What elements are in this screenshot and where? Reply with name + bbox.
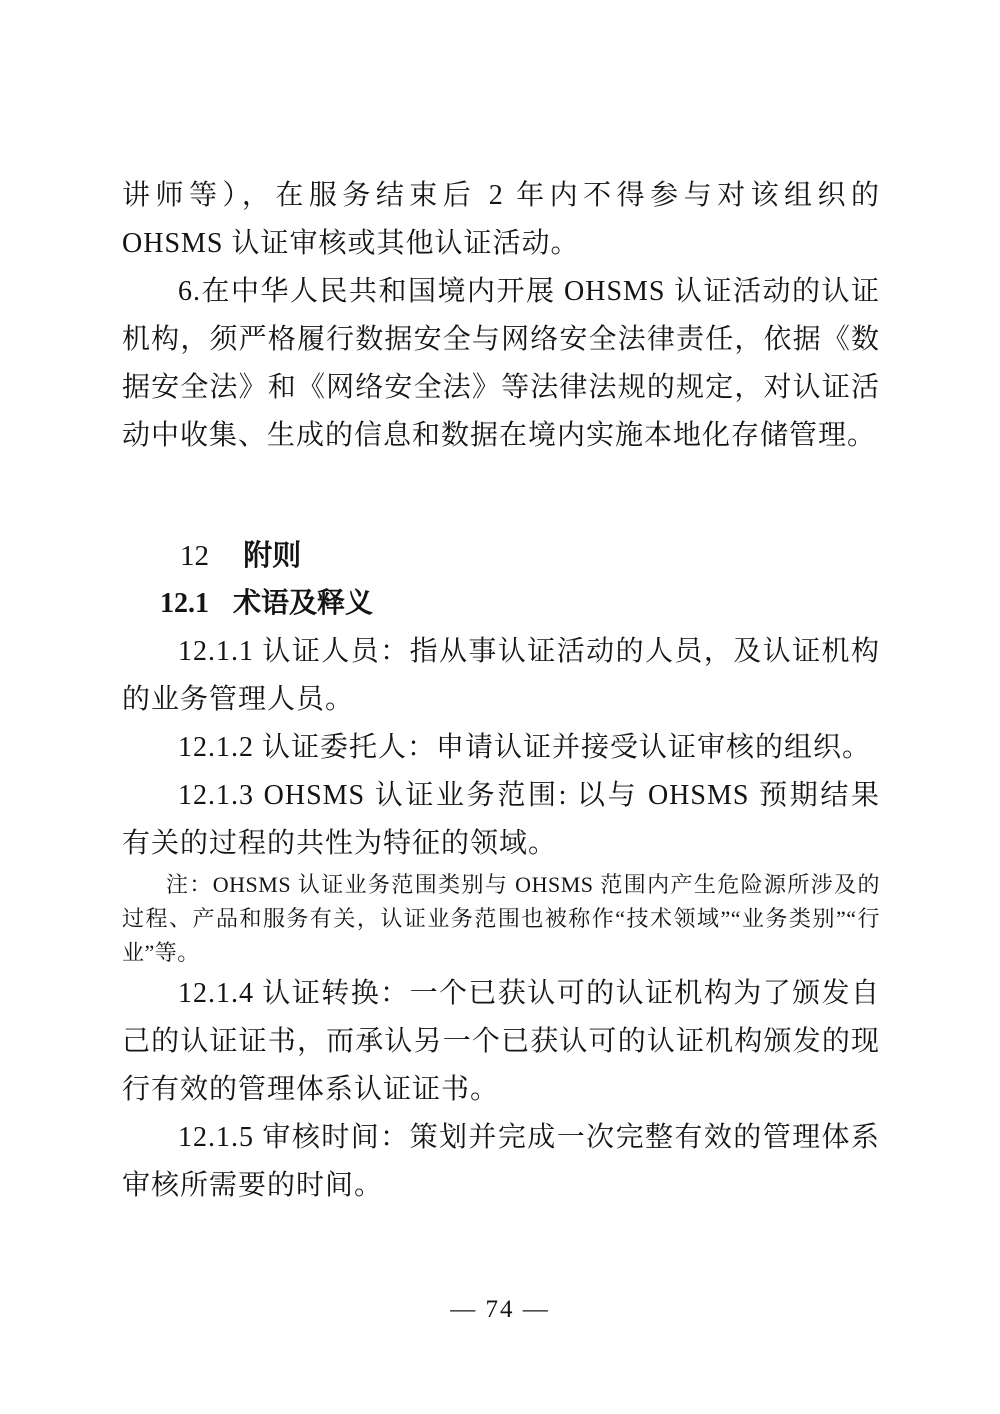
subsection-heading-12-1: 12.1 术语及释义 <box>122 580 880 628</box>
page-content: 讲师等），在服务结束后 2 年内不得参与对该组织的 OHSMS 认证审核或其他认… <box>122 172 880 1210</box>
subsection-number: 12.1 <box>160 588 209 619</box>
paragraph-continuation: 讲师等），在服务结束后 2 年内不得参与对该组织的 OHSMS 认证审核或其他认… <box>122 172 880 268</box>
page-number: — 74 — <box>0 1294 1000 1326</box>
term-12-1-2: 12.1.2 认证委托人：申请认证并接受认证审核的组织。 <box>122 724 880 772</box>
document-page: 讲师等），在服务结束后 2 年内不得参与对该组织的 OHSMS 认证审核或其他认… <box>0 0 1000 1414</box>
section-heading-12: 12 附则 <box>122 532 880 580</box>
paragraph-item-6: 6.在中华人民共和国境内开展 OHSMS 认证活动的认证机构，须严格履行数据安全… <box>122 268 880 460</box>
section-number: 12 <box>180 540 209 572</box>
term-12-1-1: 12.1.1 认证人员：指从事认证活动的人员，及认证机构的业务管理人员。 <box>122 628 880 724</box>
term-12-1-3-note: 注：OHSMS 认证业务范围类别与 OHSMS 范围内产生危险源所涉及的过程、产… <box>122 868 880 970</box>
section-title: 附则 <box>243 540 301 572</box>
term-12-1-3: 12.1.3 OHSMS 认证业务范围: 以与 OHSMS 预期结果有关的过程的… <box>122 772 880 868</box>
term-12-1-4: 12.1.4 认证转换：一个已获认可的认证机构为了颁发自己的认证证书，而承认另一… <box>122 970 880 1114</box>
term-12-1-5: 12.1.5 审核时间：策划并完成一次完整有效的管理体系审核所需要的时间。 <box>122 1114 880 1210</box>
subsection-title: 术语及释义 <box>233 588 373 619</box>
